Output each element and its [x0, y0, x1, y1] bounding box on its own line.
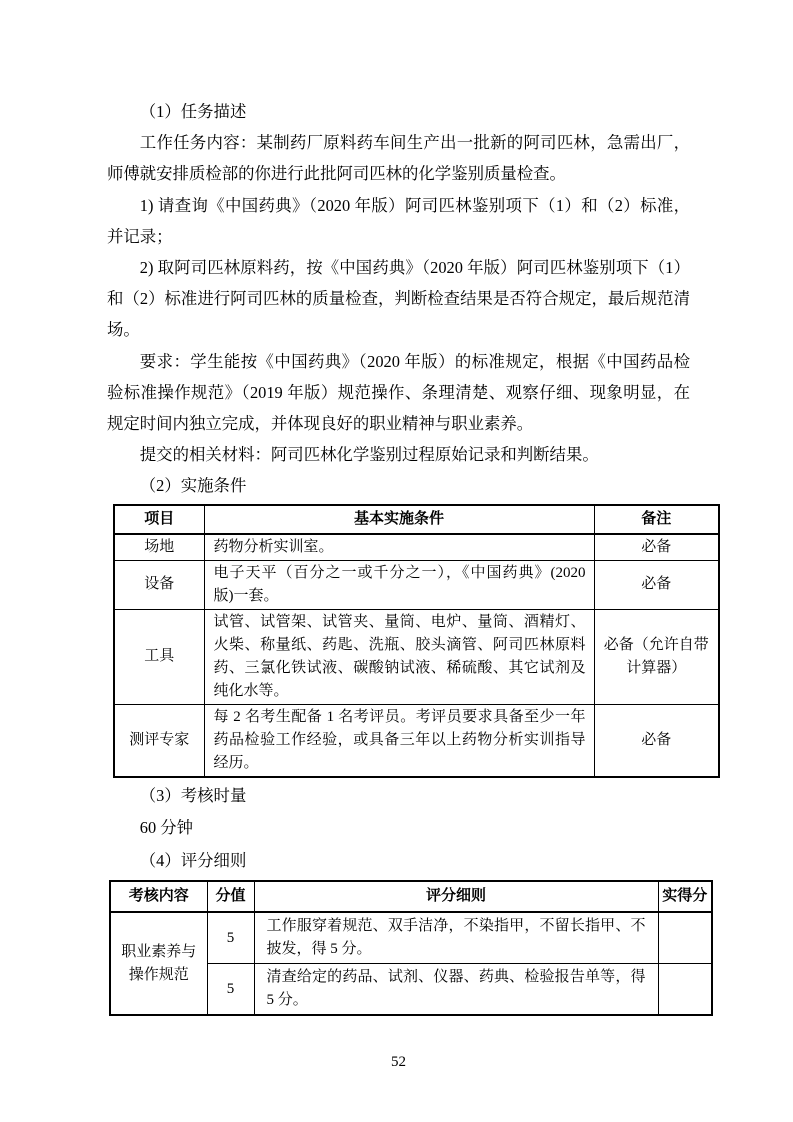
cell-score-value: 5 [207, 912, 254, 964]
cell-condition: 电子天平（百分之一或千分之一），《中国药典》(2020 版)一套。 [204, 560, 594, 609]
cell-note: 必备 [594, 560, 719, 609]
col-header-assessment-content: 考核内容 [110, 881, 207, 912]
cell-earned-score [658, 912, 712, 964]
cell-note: 必备 [594, 534, 719, 561]
para-submit-materials: 提交的相关材料：阿司匹林化学鉴别过程原始记录和判断结果。 [107, 439, 690, 470]
cell-criteria: 清查给定的药品、试剂、仪器、药典、检验报告单等，得 5 分。 [254, 964, 658, 1016]
table2-row-1: 职业素养与操作规范 5 工作服穿着规范、双手洁净，不染指甲，不留长指甲、不披发，… [110, 912, 712, 964]
table1-row-assessor: 测评专家 每 2 名考生配备 1 名考评员。考评员要求具备至少一年药品检验工作经… [114, 704, 719, 777]
table1-row-equipment: 设备 电子天平（百分之一或千分之一），《中国药典》(2020 版)一套。 必备 [114, 560, 719, 609]
cell-earned-score [658, 964, 712, 1016]
col-header-scoring-detail: 评分细则 [254, 881, 658, 912]
cell-item: 场地 [114, 534, 204, 561]
cell-criteria: 工作服穿着规范、双手洁净，不染指甲，不留长指甲、不披发，得 5 分。 [254, 912, 658, 964]
cell-condition: 试管、试管架、试管夹、量筒、电炉、量筒、酒精灯、火柴、称量纸、药匙、洗瓶、胶头滴… [204, 609, 594, 704]
page-number: 52 [107, 1054, 690, 1071]
cell-score-value: 5 [207, 964, 254, 1016]
col-header-basic-conditions: 基本实施条件 [204, 505, 594, 534]
heading-assessment-time: （3）考核时量 [107, 780, 690, 813]
table2-header-row: 考核内容 分值 评分细则 实得分 [110, 881, 712, 912]
para-step-1: 1) 请查询《中国药典》（2020 年版）阿司匹林鉴别项下（1）和（2）标准，并… [107, 190, 690, 252]
cell-condition: 药物分析实训室。 [204, 534, 594, 561]
col-header-earned-score: 实得分 [658, 881, 712, 912]
page-content: （1）任务描述 工作任务内容：某制药厂原料药车间生产出一批新的阿司匹林，急需出厂… [0, 0, 793, 1071]
para-work-task: 工作任务内容：某制药厂原料药车间生产出一批新的阿司匹林，急需出厂，师傅就安排质检… [107, 127, 690, 189]
heading-implementation-conditions: （2）实施条件 [107, 470, 690, 501]
table1-row-tools: 工具 试管、试管架、试管夹、量筒、电炉、量筒、酒精灯、火柴、称量纸、药匙、洗瓶、… [114, 609, 719, 704]
cell-note: 必备 [594, 704, 719, 777]
document-page: （1）任务描述 工作任务内容：某制药厂原料药车间生产出一批新的阿司匹林，急需出厂… [0, 0, 793, 1122]
cell-note: 必备（允许自带计算器） [594, 609, 719, 704]
col-header-item: 项目 [114, 505, 204, 534]
table1-header-row: 项目 基本实施条件 备注 [114, 505, 719, 534]
cell-category: 职业素养与操作规范 [110, 912, 207, 1015]
mid-section: （3）考核时量 60 分钟 （4）评分细则 [107, 778, 690, 878]
col-header-score-value: 分值 [207, 881, 254, 912]
cell-item: 测评专家 [114, 704, 204, 777]
cell-item: 设备 [114, 560, 204, 609]
table1-row-venue: 场地 药物分析实训室。 必备 [114, 534, 719, 561]
col-header-note: 备注 [594, 505, 719, 534]
para-requirements: 要求：学生能按《中国药典》（2020 年版）的标准规定，根据《中国药品检验标准操… [107, 346, 690, 440]
heading-task-description: （1）任务描述 [107, 96, 690, 127]
cell-item: 工具 [114, 609, 204, 704]
cell-condition: 每 2 名考生配备 1 名考评员。考评员要求具备至少一年药品检验工作经验，或具备… [204, 704, 594, 777]
para-duration: 60 分钟 [107, 812, 690, 845]
heading-scoring-rules: （4）评分细则 [107, 845, 690, 878]
para-step-2: 2) 取阿司匹林原料药，按《中国药典》（2020 年版）阿司匹林鉴别项下（1）和… [107, 252, 690, 346]
scoring-rubric-table: 考核内容 分值 评分细则 实得分 职业素养与操作规范 5 工作服穿着规范、双手洁… [109, 880, 713, 1016]
implementation-conditions-table: 项目 基本实施条件 备注 场地 药物分析实训室。 必备 设备 电子天平（百分之一… [113, 504, 720, 778]
